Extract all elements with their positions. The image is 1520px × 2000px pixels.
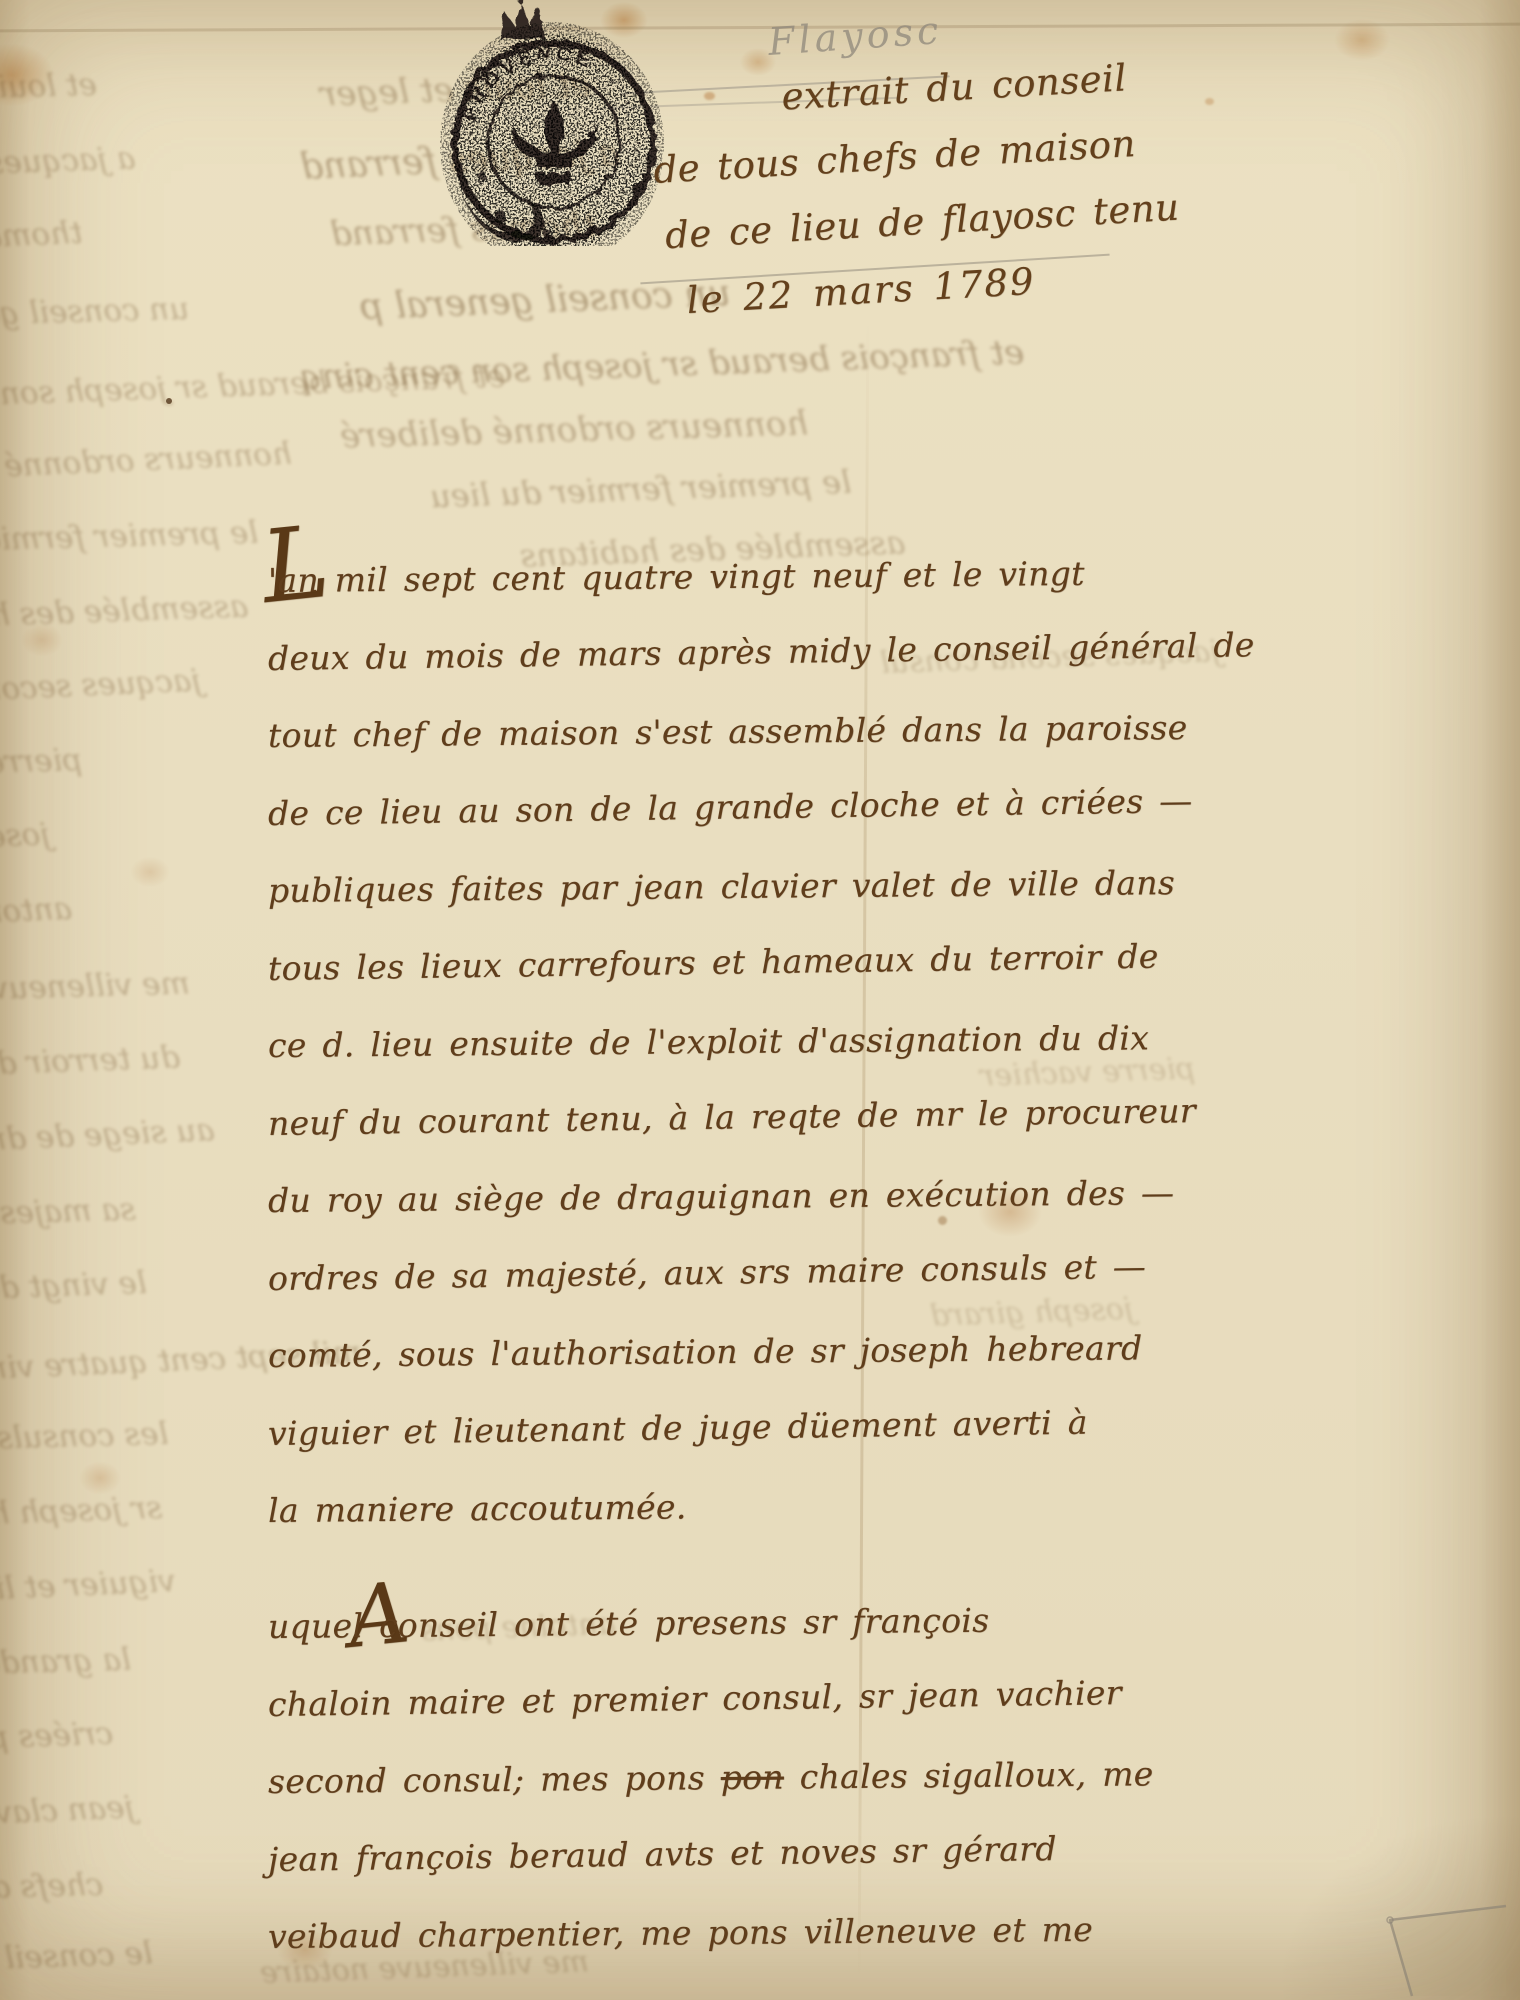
bleedthrough-text: le vingt deux mars [0,1265,147,1311]
fold-mark [1378,1898,1520,2000]
body-line: deux du mois de mars après midy le conse… [267,606,1255,697]
bleedthrough-text: joseph girard [0,816,50,859]
bleedthrough-text: pierre vachier [0,742,83,784]
body-line-segment: second consul; mes pons [268,1758,721,1801]
bleedthrough-text: et louis et leger [0,67,97,109]
body-line: de ce lieu au son de la grande cloche et… [267,761,1255,852]
bleedthrough-text: du terroir de flayosc [0,1039,181,1086]
paper: et louis et legera jacques ferrandthomas… [0,0,1520,2000]
bleedthrough-text: honneurs ordonné deliberé [340,403,809,456]
bleedthrough-text: jean clavier valet [0,1789,135,1837]
body-line: tous les lieux carrefours et hameaux du … [267,916,1255,1007]
bleedthrough-text: chefs de maison [0,1867,104,1910]
document-header: extrait du conseil de tous chefs de mais… [648,43,1185,336]
body-line: veibaud charpentier, me pons villeneuve … [268,1890,1154,1975]
body-line: neuf du courant tenu, à la reqte de mr l… [267,1071,1255,1162]
bleedthrough-text: un conseil general p [0,291,190,335]
bleedthrough-text: les consuls et comté [0,1416,169,1460]
bleedthrough-text: criées publiques [0,1716,114,1761]
body-line: ordres de sa majesté, aux srs maire cons… [267,1226,1255,1317]
bleedthrough-text: a jacques ferrand [0,140,136,186]
body-line-segment: chales sigalloux, me [784,1754,1154,1796]
bleedthrough-text: honneurs ordonné deliberé [0,436,293,491]
bleedthrough-text: et françois beraud sr joseph son cent ci… [300,332,1025,397]
body-line: viguier et lieutenant de juge düement av… [267,1381,1255,1472]
bleedthrough-text: sa majesté le roy [0,1192,136,1235]
bleedthrough-text: sr joseph hebreard [0,1490,163,1536]
body-line: du roy au siège de draguignan en exécuti… [268,1153,1255,1239]
bleedthrough-text: le premier fermier du lieu [429,463,851,516]
bleedthrough-text: assemblée des habitans [0,588,249,637]
body-line: 'an mil sept cent quatre vingt neuf et l… [268,533,1255,619]
body-line: ce d. lieu ensuite de l'exploit d'assign… [268,998,1255,1084]
stain [1205,98,1214,105]
body-paragraph-1: L 'an mil sept cent quatre vingt neuf et… [268,542,1255,1550]
bleedthrough-text: le premier fermier du lieu [0,515,259,562]
bleedthrough-text: jacques second consul [0,662,202,713]
bleedthrough-text: la grande cloche [0,1642,131,1685]
body-paragraph-2: A uquel conseil ont été presens sr franç… [268,1588,1154,1976]
bleedthrough-text: viguier et lieutenant [0,1563,176,1613]
body-line: jean françois beraud avts et noves sr gé… [267,1808,1154,1898]
bleedthrough-text: au siege de draguignan [0,1112,215,1164]
body-line: tout chef de maison s'est assemblé dans … [268,688,1255,774]
body-line: comté, sous l'authorisation de sr joseph… [268,1308,1255,1394]
body-line: la maniere accoutumée. [268,1463,1255,1549]
bleedthrough-text: thomas ferrand [0,215,83,262]
scan-crease-top [0,23,1520,33]
body-line: chaloin maire et premier consul, sr jean… [267,1653,1154,1743]
revenue-stamp: PROVENCE [428,0,678,246]
bleedthrough-text: me villeneuve notaire [0,966,190,1011]
pencil-note: Flayosc [767,8,944,64]
bleedthrough-text: et françois beraud sr joseph son cent ci… [0,358,506,417]
body-line: second consul; mes pons pon chales sigal… [268,1735,1154,1820]
body-line: publiques faites par jean clavier valet … [268,843,1255,929]
body-line: uquel conseil ont été presens sr françoi… [268,1580,1154,1665]
ink-fleck [166,398,172,404]
bleedthrough-text: antoine pons [0,891,73,936]
struck-word: pon [721,1757,784,1797]
bleedthrough-text: le conseil general [0,1935,153,1981]
